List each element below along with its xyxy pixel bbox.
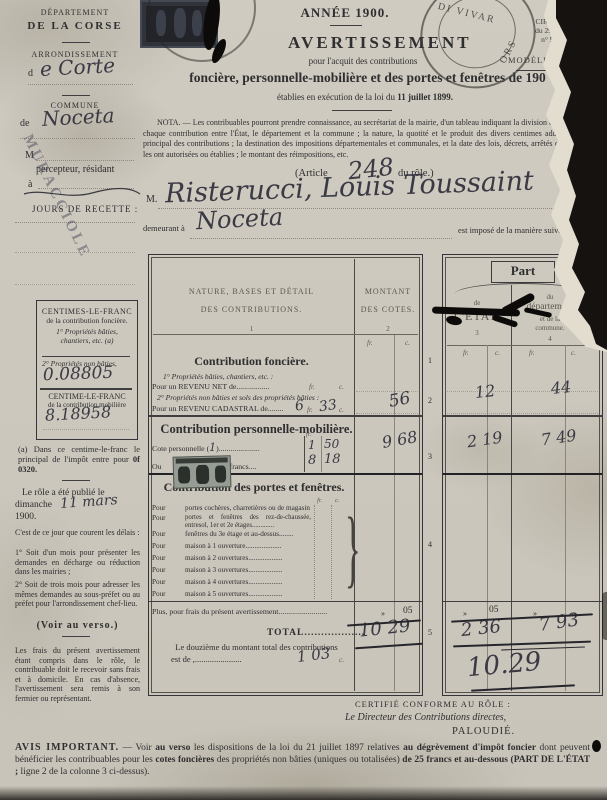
section-rule-heavy [443, 473, 602, 475]
commune-prefix: de [20, 118, 29, 130]
portes-row-pour: Pour [152, 566, 166, 574]
scan-bottom-shadow [0, 786, 607, 800]
row-number-1: 1 [428, 356, 432, 365]
part-header-box: Part [491, 261, 555, 283]
foncier-sub-1: 1° Propriétés bâties, chantiers, etc. : [163, 373, 273, 382]
cell-guide [447, 413, 598, 414]
divider [332, 110, 392, 111]
total-label: TOTAL.................. [267, 628, 365, 639]
row-number-5: 5 [428, 628, 432, 637]
portes-row-label: portes et fenêtres des rez-de-chaussée, … [185, 514, 311, 529]
divider [62, 480, 90, 481]
fr-mini-label: fr. [317, 497, 322, 504]
foncier-title: Contribution foncière. [149, 355, 354, 369]
handwritten-underline [355, 643, 423, 649]
row-number-3: 3 [428, 452, 432, 461]
annee-title: ANNÉE 1900. [285, 6, 405, 21]
section-rule [443, 601, 602, 602]
portes-row-pour: Pour [152, 504, 166, 512]
mini-col-rule [304, 436, 305, 472]
c-unit: c. [339, 406, 344, 414]
revenue-stamp-band [176, 457, 228, 463]
portes-row-label: maison à 2 ouvertures................... [185, 554, 282, 562]
ruled-line [28, 84, 133, 85]
c-unit: c. [339, 383, 344, 391]
role-date-value: 11 mars [60, 492, 119, 512]
cote-post: )..................... [216, 444, 260, 453]
divider [62, 42, 90, 43]
section-rule [149, 415, 422, 417]
etat-de: de [443, 299, 511, 307]
avis-seg: les dispositions de la loi du 21 juillet… [194, 743, 400, 753]
avis-seg: des propriétés non bâties (uniques ou to… [217, 755, 400, 765]
signature-flourish [22, 186, 142, 200]
col-nature-header-2: DES CONTRIBUTIONS. [159, 305, 344, 314]
role-publie-2: dimanche [15, 500, 52, 511]
cell-guide [447, 391, 598, 392]
mini-col-rule [331, 505, 333, 599]
cote-pre: Cote personnelle ( [152, 444, 209, 453]
mobiliere-montant-value: 9 68 [381, 428, 419, 452]
avis-seg-bold: au dégrèvement d'impôt foncier [403, 743, 536, 753]
frais-note: Les frais du présent avertissement étant… [15, 646, 140, 703]
mini-col-rule [321, 436, 322, 472]
douzieme-line-2: est de ,...................... [171, 655, 242, 665]
loyer-montant-fr: 8 [308, 454, 316, 469]
divider [330, 25, 362, 26]
centime-mobiliere-value: 8.18958 [45, 403, 112, 425]
portes-row-label: maison à 4 ouvertures................... [185, 578, 282, 586]
mini-col-rule [314, 505, 316, 599]
c-label: c. [495, 349, 500, 357]
contributions-title: foncière, personnelle-mobilière et des p… [145, 70, 590, 86]
loyer-pre: Ou [152, 462, 162, 471]
portes-row-label: fenêtres du 3e étage et au-dessus.......… [185, 530, 293, 538]
ink-speck [592, 740, 601, 752]
header-rule [153, 334, 418, 335]
frais-label: Plus, pour frais du présent avertissemen… [152, 608, 327, 617]
avis-seg-bold: au verso [155, 743, 190, 753]
fr-label: fr. [529, 349, 535, 357]
stamp-figure [178, 466, 190, 483]
delais-intro: C'est de ce jour que courent les délais … [15, 528, 140, 538]
total-grand-value: 10.29 [466, 648, 543, 684]
cote-personnelle-label: Cote personnelle (1)....................… [152, 442, 260, 455]
note-a-text: (a) Dans ce centime-le-franc le principa… [18, 444, 140, 464]
fr-unit: fr. [309, 383, 315, 391]
divider [62, 95, 90, 96]
mobiliere-dept-value: 7 49 [540, 427, 578, 450]
portes-row-label: maison à 5 ouvertures................... [185, 590, 282, 598]
execution-line: établies en exécution de la loi du 11 ju… [195, 92, 535, 102]
portes-row-pour: Pour [152, 590, 166, 598]
residence-value: Noceta [195, 204, 283, 236]
handwritten-underline [453, 641, 591, 647]
etat-number: 3 [443, 329, 511, 337]
divider [42, 356, 130, 357]
centimes-title: CENTIMES-LE-FRANC [37, 307, 137, 316]
ruled-line [190, 238, 452, 239]
portes-row-pour: Pour [152, 578, 166, 586]
section-rule [443, 415, 602, 417]
cancel-postmark-arc [148, 0, 256, 62]
col-montant-number: 2 [356, 325, 420, 333]
delai-1: 1° Soit d'un mois pour présenter les dem… [15, 548, 140, 577]
avis-seg-bold: cotes foncières [155, 755, 214, 765]
contributions-table: NATURE, BASES ET DÉTAIL DES CONTRIBUTION… [148, 254, 423, 696]
loyer-post: francs.... [230, 462, 257, 471]
revenu-cadastral-francs: 6 [294, 397, 305, 414]
portes-row-label: maison à 3 ouvertures................... [185, 566, 282, 574]
cote-montant-fr: 1 [308, 439, 316, 453]
ruled-line [15, 284, 135, 285]
section-rule [149, 601, 422, 602]
avis-seg-bold: de 25 francs et au-dessous [402, 755, 508, 765]
mobiliere-etat-value: 2 19 [466, 429, 504, 452]
centimes-nonbaties-value: 0.08805 [43, 364, 114, 386]
delai-2: 2° Soit de trois mois pour adresser les … [15, 580, 140, 609]
nota-paragraph: NOTA. — Les contribuables pourront prend… [143, 118, 595, 160]
avis-important-paragraph: AVIS IMPORTANT. — Voir au verso les disp… [15, 742, 590, 778]
stamp-figure [196, 465, 209, 484]
divider [40, 388, 132, 390]
portes-row-pour: Pour [152, 530, 166, 538]
cote-montant-c: 50 [324, 438, 339, 452]
row-number-2: 2 [428, 396, 432, 405]
cell-guide [356, 413, 418, 414]
foncier-revenu-cadastral: Pour un REVENU CADASTRAL de........ [152, 405, 283, 414]
departement-label: DÉPARTEMENT [25, 8, 125, 17]
centimes-le-franc-box: CENTIMES-LE-FRANC de la contribution fon… [36, 300, 138, 440]
douzieme-value: 1 03 [296, 645, 331, 666]
revenu-cadastral-centimes: 33 [318, 397, 338, 415]
fr-label: fr. [463, 349, 469, 357]
centimes-baties-2: chantiers, etc. (a) [37, 337, 137, 346]
frais-montant-fr: » [381, 609, 385, 618]
ruled-line [36, 160, 134, 161]
mobiliere-title: Contribution personnelle-mobilière. [149, 422, 364, 436]
foncier-montant-value: 56 [387, 389, 412, 412]
avis-seg: ligne 2 de la colonne 3 ci-dessus). [21, 767, 150, 777]
foncier-revenu-net: Pour un REVENU NET de................. [152, 383, 269, 392]
arrondissement-prefix: d [28, 68, 33, 80]
portes-row-pour: Pour [152, 514, 166, 522]
part-header: Part [492, 264, 554, 279]
revenue-stamp [173, 455, 232, 489]
centimes-sub: de la contribution foncière. [37, 317, 137, 326]
execution-text: établies en exécution de la loi du [277, 92, 395, 102]
foncier-dept-value: 44 [550, 378, 572, 398]
foncier-etat-value: 12 [474, 382, 496, 402]
portes-row-pour: Pour [152, 554, 166, 562]
commune-value: Noceta [41, 104, 115, 131]
fr-label: fr. [367, 339, 373, 347]
col-nature-number: 1 [159, 325, 344, 333]
avertissement-subtitle: pour l'acquit des contributions [288, 56, 438, 66]
execution-date: 11 juillet 1899. [397, 92, 453, 102]
portes-row-label: maison à 1 ouverture.................... [185, 542, 281, 550]
demeurant-label: demeurant à [143, 224, 185, 234]
col-montant-header-1: MONTANT [356, 287, 420, 296]
fr-unit: fr. [307, 406, 313, 414]
document-page: DÉPARTEMENT DE LA CORSE ARRONDISSEMENT d… [0, 0, 607, 800]
departement-name: DE LA CORSE [15, 20, 135, 33]
portes-row-label: portes cochères, charretières ou de maga… [185, 504, 310, 512]
taxpayer-name: Risterucci, Louis Toussaint [165, 166, 535, 210]
frais-etat-c: 05 [489, 605, 499, 616]
edge-shadow [602, 592, 607, 640]
certifie-label: CERTIFIÉ CONFORME AU RÔLE : [355, 700, 511, 710]
divider [62, 636, 90, 637]
handwritten-underline [501, 647, 585, 651]
role-publie-3: 1900. [15, 512, 36, 523]
avis-title: AVIS IMPORTANT. [15, 742, 119, 753]
c-label: c. [405, 339, 410, 347]
directeur-label: Le Directeur des Contributions directes, [345, 712, 506, 724]
voir-verso: (Voir au verso.) [15, 620, 140, 632]
avis-seg: — Voir [123, 743, 152, 753]
stamp-figure [215, 465, 226, 482]
signature-name: PALOUDIÉ. [452, 726, 515, 738]
arrondissement-value: e Corte [39, 54, 115, 81]
taxpayer-m-label: M. [146, 194, 157, 206]
c-label: c. [571, 349, 576, 357]
column-rule [354, 259, 355, 691]
rows-brace: } [345, 501, 361, 601]
col-nature-header-1: NATURE, BASES ET DÉTAIL [159, 287, 344, 296]
portes-row-pour: Pour [152, 542, 166, 550]
jours-recette-label: JOURS DE RECETTE : [32, 204, 138, 214]
row-number-4: 4 [428, 540, 432, 549]
header-rule [447, 345, 598, 346]
note-a: (a) Dans ce centime-le-franc le principa… [18, 444, 140, 474]
ruled-line [43, 429, 129, 430]
c-mini-label: c. [335, 497, 340, 504]
col-montant-header-2: DES COTES. [356, 305, 420, 314]
c-unit: c. [339, 656, 344, 665]
loyer-montant-c: 18 [324, 453, 341, 468]
centime-mobiliere-title: CENTIME-LE-FRANC [37, 392, 137, 401]
frais-etat-fr: » [463, 609, 467, 618]
